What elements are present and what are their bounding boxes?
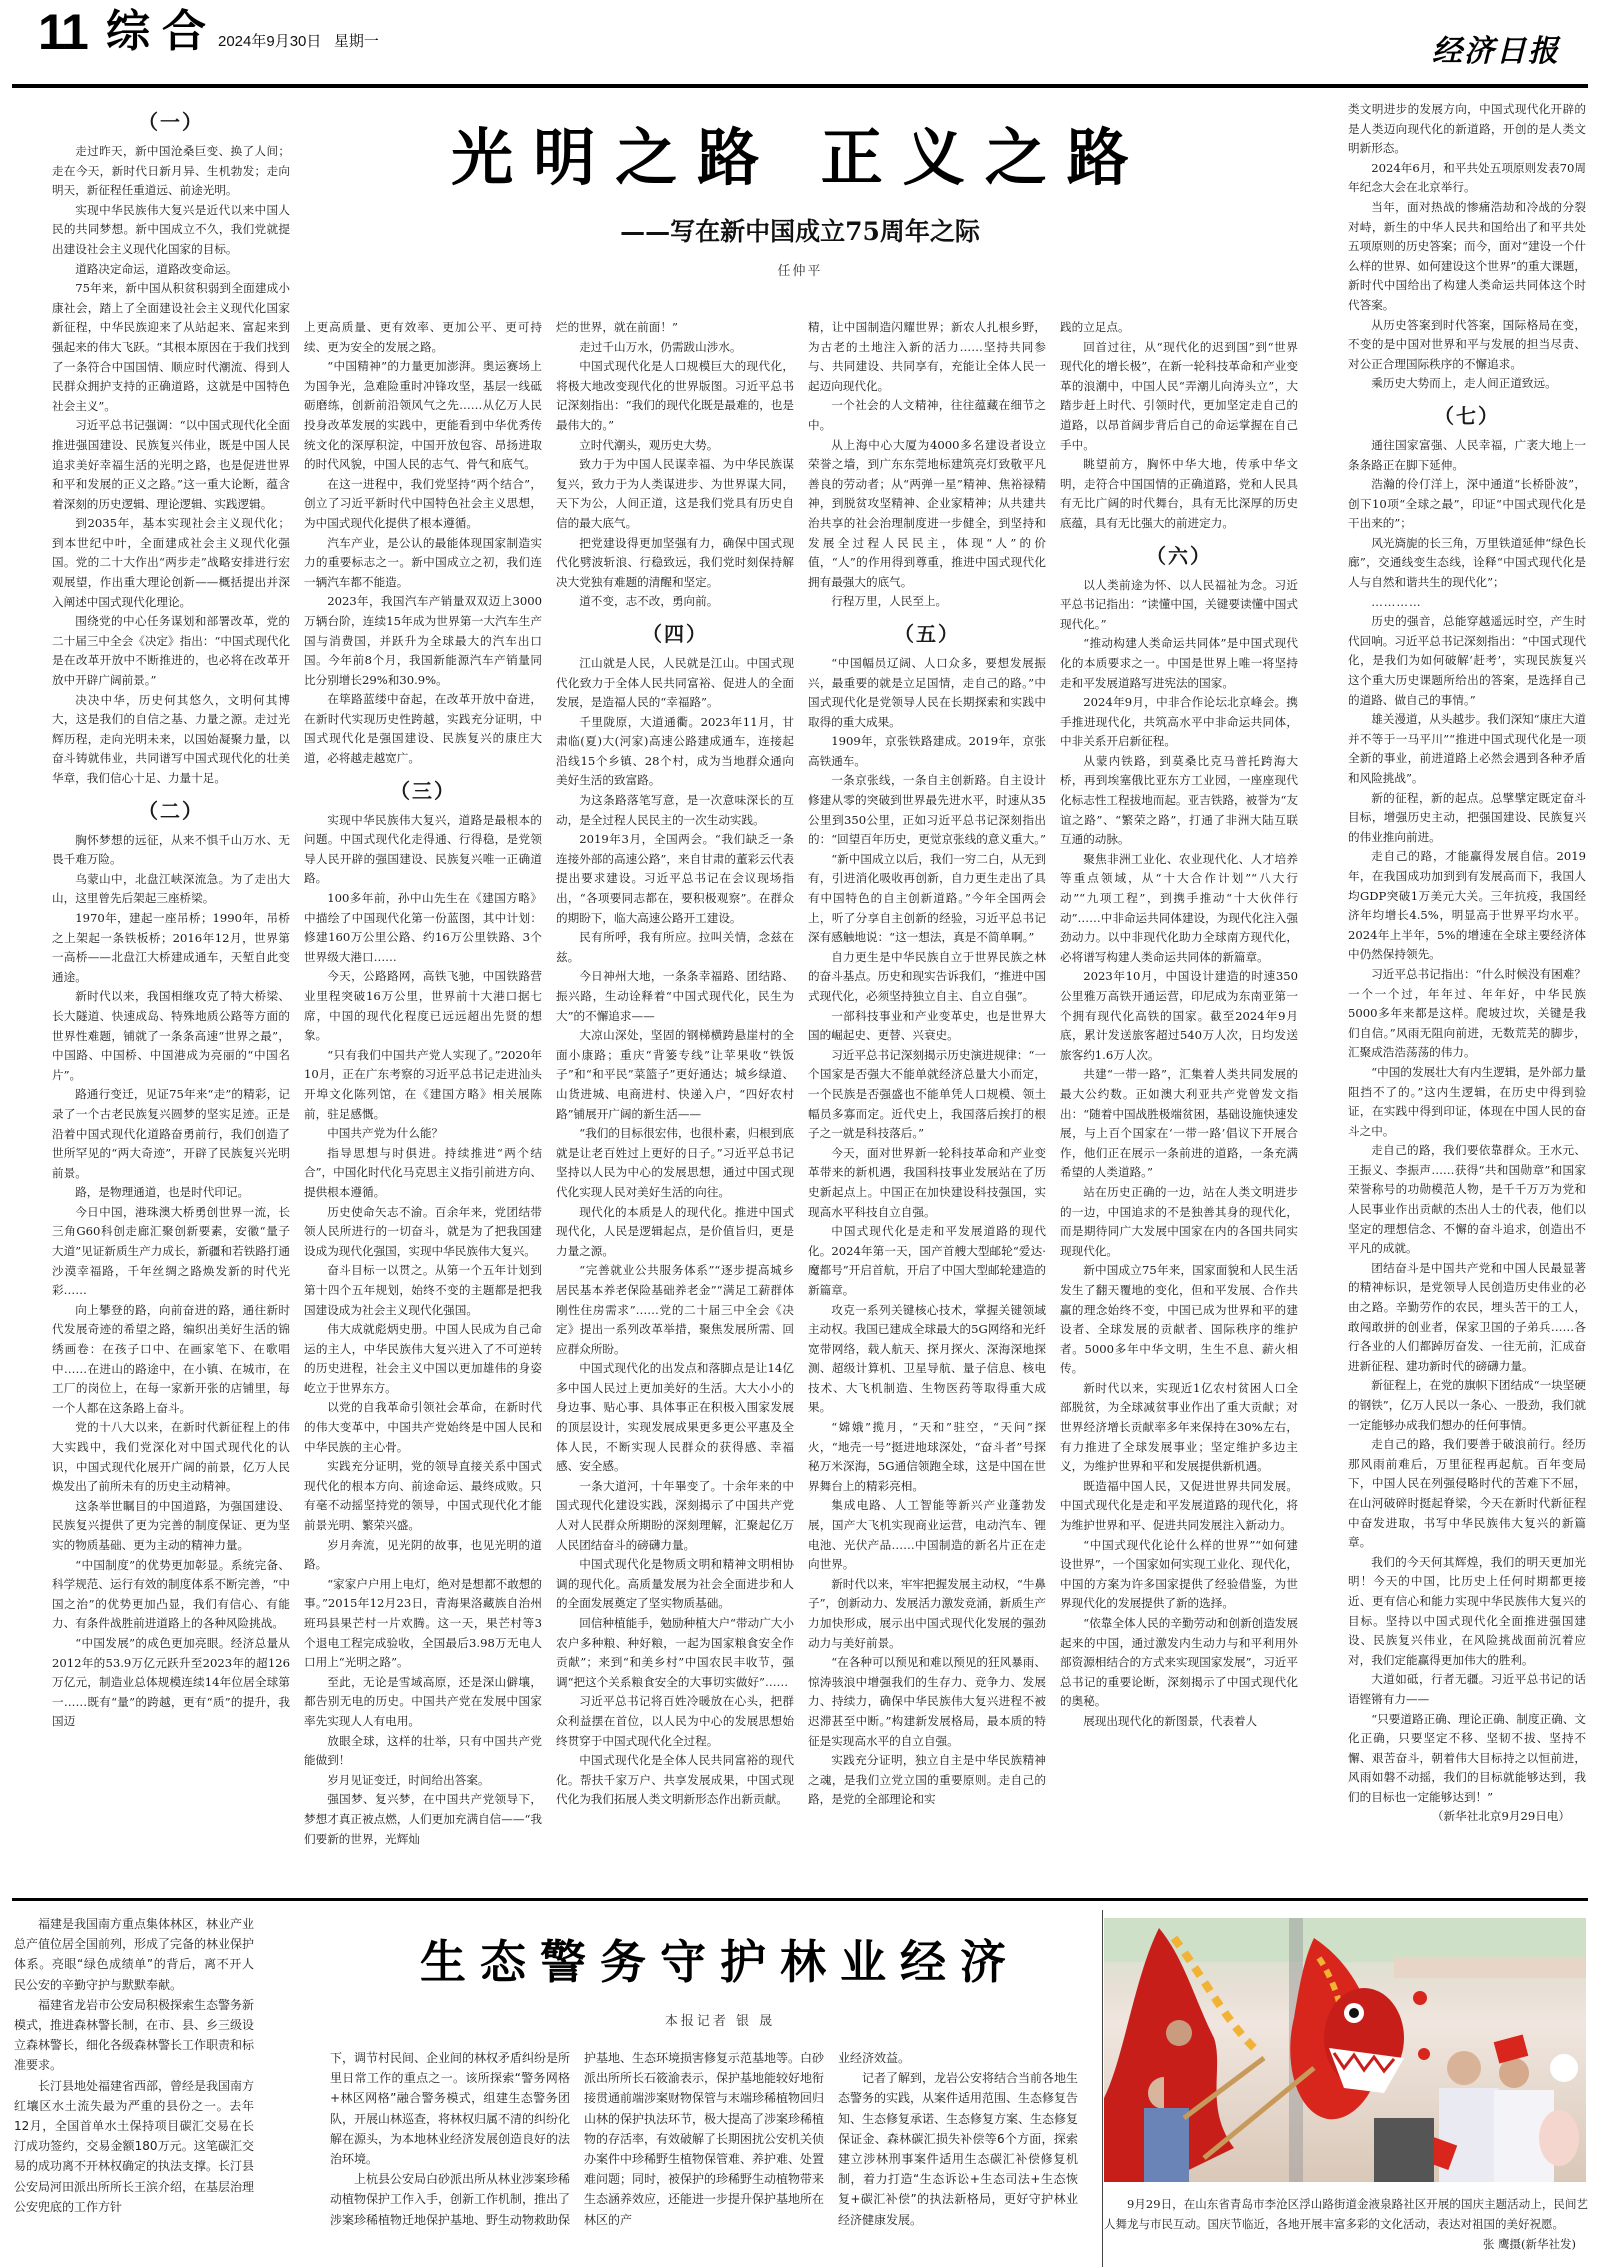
section-divider <box>12 1898 1588 1901</box>
paragraph: 2023年，我国汽车产销量双双迈上3000万辆台阶，连续15年成为世界第一大汽车… <box>304 592 542 690</box>
paragraph: 党的十八大以来，在新时代新征程上的伟大实践中，我们党深化对中国式现代化的认识，中… <box>52 1418 290 1496</box>
paragraph: 今日中国，港珠澳大桥勇创世界一流，长三角G60科创走廊汇聚创新要素，安徽“量子大… <box>52 1203 290 1301</box>
paragraph: 大道如砥，行者无疆。习近平总书记的话语铿锵有力—— <box>1348 1670 1586 1709</box>
paragraph: “中国幅员辽阔、人口众多，要想发展振兴，最重要的就是立足国情，走自己的路。”中国… <box>808 654 1046 732</box>
paragraph: 回首过往，从“现代化的迟到国”到“世界现代化的增长极”，在新一轮科技革命和产业变… <box>1060 338 1298 456</box>
paragraph: “推动构建人类命运共同体”是中国式现代化的本质要求之一。中国是世界上唯一将坚持走… <box>1060 634 1298 693</box>
paragraph: 决决中华，历史何其悠久，文明何其博大，这是我们的自信之基、力量之源。走过光辉历程… <box>52 691 290 789</box>
section-name: 综合 <box>106 6 218 58</box>
paragraph: 浩瀚的伶仃洋上，深中通道“长桥卧波”，创下10项“全球之最”，印证“中国式现代化… <box>1348 475 1586 534</box>
paragraph: “中国的发展壮大有内生逻辑，是外部力量阻挡不了的。”这内生逻辑，在历史中得到验证… <box>1348 1063 1586 1141</box>
paragraph: 新时代以来，我国相继攻克了特大桥梁、长大隧道、快速成岛、特殊地质公路等方面的世界… <box>52 987 290 1085</box>
paragraph: 走自己的路，才能赢得发展自信。2019年，在我国成功加到到有发展高而下，我国人均… <box>1348 847 1586 965</box>
section-marker: （六） <box>1060 540 1298 572</box>
forestry-byline: 本报记者 银 晟 <box>335 2010 1105 2029</box>
forestry-article-column-2: 下，调节村民间、企业间的林权矛盾纠纷是所里日常工作的重点之一。该所探索“警务网格… <box>330 2048 570 2267</box>
dragon-dance-illustration <box>1104 1918 1586 2182</box>
paragraph-continued: 类文明进步的发展方向，中国式现代化开辟的是人类迈向现代化的新道路，开创的是人类文… <box>1348 100 1586 159</box>
paragraph: 一个社会的人文精神，往往蕴藏在细节之中。 <box>808 396 1046 435</box>
paragraph: 道路决定命运，道路改变命运。 <box>52 260 290 280</box>
paragraph: 回信种植能手，勉励种植大户“带动广大小农户多种粮、种好粮，一起为国家粮食安全作贡… <box>556 1614 794 1692</box>
paragraph: 既造福中国人民，又促进世界共同发展。中国式现代化是走和平发展道路的现代化，将为维… <box>1060 1477 1298 1536</box>
paragraph: 1970年，建起一座吊桥；1990年，吊桥之上架起一条铁板桥；2016年12月，… <box>52 909 290 987</box>
article-column-6: 类文明进步的发展方向，中国式现代化开辟的是人类迈向现代化的新道路，开创的是人类文… <box>1348 100 1586 1890</box>
paragraph: 自力更生是中华民族自立于世界民族之林的奋斗基点。历史和现实告诉我们，“推进中国式… <box>808 948 1046 1007</box>
paragraph: 集成电路、人工智能等新兴产业蓬勃发展，国产大飞机实现商业运营，电动汽车、锂电池、… <box>808 1496 1046 1574</box>
paragraph: 聚焦非洲工业化、农业现代化、人才培养等重点领域，从“十大合作计划”“八大行动”“… <box>1060 850 1298 968</box>
paragraph: 走过昨天，新中国沧桑巨变、换了人间；走在今天，新时代日新月异、生机勃发；走向明天… <box>52 142 290 201</box>
forestry-article-column-1: 福建是我国南方重点集体林区，林业产业总产值位居全国前列，形成了完备的林业保护体系… <box>14 1914 254 2267</box>
paragraph: 习近平总书记指出：“什么时候没有困难？一个一个过，年年过、年年好，中华民族500… <box>1348 965 1586 1063</box>
paragraph: 展现出现代化的新图景，代表着人 <box>1060 1712 1298 1732</box>
paragraph: 攻克一系列关键核心技术，掌握关键领域主动权。我国已建成全球最大的5G网络和光纤宽… <box>808 1301 1046 1419</box>
article-column-5: 践的立足点。回首过往，从“现代化的迟到国”到“世界现代化的增长极”，在新一轮科技… <box>1060 318 1298 1890</box>
paragraph: 历史使命矢志不渝。百余年来，党团结带领人民所进行的一切奋斗，就是为了把我国建设成… <box>304 1203 542 1262</box>
paragraph-continued: 烂的世界，就在前面！” <box>556 318 794 338</box>
paragraph: 路通行变迁，见证75年来“走”的精彩，记录了一个古老民族复兴圆梦的坚实足迹。正是… <box>52 1085 290 1183</box>
paragraph: 1909年，京张铁路建成。2019年，京张高铁通车。 <box>808 732 1046 771</box>
paragraph: 强国梦、复兴梦，在中国共产党领导下，梦想才真正被点燃，人们更加充满自信——“我们… <box>304 1790 542 1849</box>
paragraph: 立时代潮头，观历史大势。 <box>556 436 794 456</box>
paragraph: 上杭县公安局白砂派出所从林业涉案珍稀动植物保护工作入手，创新工作机制，推出了涉案… <box>330 2169 570 2230</box>
section-marker: （三） <box>304 775 542 807</box>
photo-credit: 张 鹰摄(新华社发) <box>1483 2234 1588 2254</box>
newspaper-logo: 经济日报 <box>1432 26 1560 70</box>
paragraph: 到2035年，基本实现社会主义现代化；到本世纪中叶，全面建成社会主义现代化强国。… <box>52 514 290 612</box>
paragraph: “中国式现代化论什么样的世界”“如何建设世界”，一个国家如何实现工业化、现代化，… <box>1060 1536 1298 1614</box>
paragraph: 习近平总书记强调：“以中国式现代化全面推进强国建设、民族复兴伟业，既是中国人民追… <box>52 416 290 514</box>
paragraph: 以党的自我革命引领社会革命，在新时代的伟大变革中，中国共产党始终是中国人民和中华… <box>304 1398 542 1457</box>
paragraph: 100多年前，孙中山先生在《建国方略》中描绘了中国现代化第一份蓝图，其中计划：修… <box>304 889 542 967</box>
page-number: 11 <box>38 6 87 58</box>
paragraph: 今日神州大地，一条条幸福路、团结路、振兴路，生动诠释着“中国式现代化，民生为大”… <box>556 967 794 1026</box>
paragraph: 胸怀梦想的远征，从来不惧千山万水、无畏千难万险。 <box>52 831 290 870</box>
paragraph: 通往国家富强、人民幸福，广袤大地上一条条路正在脚下延伸。 <box>1348 436 1586 475</box>
forestry-article-column-4: 业经济效益。记者了解到，龙岩公安将结合当前各地生态警务的实践，从案件适用范围、生… <box>838 2048 1078 2267</box>
paragraph: 实现中华民族伟大复兴是近代以来中国人民的共同梦想。新中国成立不久，我们党就提出建… <box>52 201 290 260</box>
paragraph: 今天，面对世界新一轮科技革命和产业变革带来的新机遇，我国科技事业发展站在了历史新… <box>808 1144 1046 1222</box>
paragraph-continued: 精，让中国制造闪耀世界；新农人扎根乡野，为古老的土地注入新的活力……坚持共同参与… <box>808 318 1046 396</box>
main-headline: 光明之路 正义之路 <box>300 118 1300 198</box>
paragraph: 2024年6月，和平共处五项原则发表70周年纪念大会在北京举行。 <box>1348 159 1586 198</box>
paragraph: 道不变，志不改，勇向前。 <box>556 592 794 612</box>
paragraph: “嫦娥”揽月，“天和”驻空，“天问”探火，“地壳一号”挺进地球深处，“奋斗者”号… <box>808 1418 1046 1496</box>
paragraph: 指导思想与时俱进。持续推进“两个结合”，中国化时代化马克思主义指引前进方向、提供… <box>304 1144 542 1203</box>
paragraph: 围绕党的中心任务谋划和部署改革，党的二十届三中全会《决定》指出：“中国式现代化是… <box>52 612 290 690</box>
paragraph: 民有所呼，我有所应。拉叫关情，念兹在兹。 <box>556 928 794 967</box>
date-text: 2024年9月30日 <box>218 33 321 50</box>
paragraph: 新时代以来，牢牢把握发展主动权，“牛鼻子”，创新动力、发展活力激发竞涌，新质生产… <box>808 1575 1046 1653</box>
issue-date: 2024年9月30日 星期一 <box>218 30 379 51</box>
paragraph: 福建是我国南方重点集体林区，林业产业总产值位居全国前列，形成了完备的林业保护体系… <box>14 1914 254 1995</box>
paragraph: 团结奋斗是中国共产党和中国人民最显著的精神标识，是党领导人民创造历史伟业的必由之… <box>1348 1259 1586 1377</box>
paragraph-continued: 下，调节村民间、企业间的林权矛盾纠纷是所里日常工作的重点之一。该所探索“警务网格… <box>330 2048 570 2169</box>
dateline-source: （新华社北京9月29日电） <box>1348 1807 1586 1827</box>
paragraph-continued: 护基地、生态环境损害修复示范基地等。白砂派出所所长石筱渝表示，保护基地能较好地衔… <box>584 2048 824 2230</box>
section-marker: （二） <box>52 795 290 827</box>
paragraph: 江山就是人民，人民就是江山。中国式现代化致力于全体人民共同富裕、促进人的全面发展… <box>556 654 794 713</box>
section-marker: （五） <box>808 618 1046 650</box>
paragraph: 记者了解到，龙岩公安将结合当前各地生态警务的实践，从案件适用范围、生态修复告知、… <box>838 2068 1078 2230</box>
paragraph: 一部科技事业和产业变革史，也是世界大国的崛起史、更替、兴衰史。 <box>808 1007 1046 1046</box>
paragraph: “中国精神”的力量更加澎湃。奥运赛场上为国争光，急难险重时冲锋攻坚，基层一线砥砺… <box>304 357 542 475</box>
column-divider <box>1102 1910 1103 2267</box>
paragraph: 乘历史大势而上，走人间正道致远。 <box>1348 374 1586 394</box>
paragraph: 把党建设得更加坚强有力，确保中国式现代化劈波斩浪、行稳致远，我们党时刻保持解决大… <box>556 534 794 593</box>
paragraph: “家家户户用上电灯，绝对是想都不敢想的事。”2015年12月23日，青海果洛藏族… <box>304 1575 542 1673</box>
paragraph: 风光旖旎的长三角，万里铁道延伸“绿色长廊”，交通线变生态线，诠释“中国式现代化是… <box>1348 534 1586 593</box>
paragraph: 以人类前途为怀、以人民福祉为念。习近平总书记指出：“读懂中国，关键要读懂中国式现… <box>1060 576 1298 635</box>
forestry-article-column-3: 护基地、生态环境损害修复示范基地等。白砂派出所所长石筱渝表示，保护基地能较好地衔… <box>584 2048 824 2267</box>
paragraph: 共建“一带一路”，汇集着人类共同发展的最大公约数。正如澳大利亚共产党曾发文指出：… <box>1060 1065 1298 1183</box>
paragraph: 一条大道河，十年畢变了。十余年来的中国式现代化建设实践，深刻揭示了中国共产党人对… <box>556 1477 794 1555</box>
paragraph: “我们的目标很宏伟，也很朴素，归根到底就是让老百姓过上更好的日子。”习近平总书记… <box>556 1124 794 1202</box>
paragraph: 新中国成立75年来，国家面貌和人民生活发生了翻天覆地的变化，但和平发展、合作共赢… <box>1060 1261 1298 1379</box>
paragraph: 实践充分证明，独立自主是中华民族精神之魂，是我们立党立国的重要原则。走自己的路，… <box>808 1751 1046 1810</box>
paragraph: 汽车产业，是公认的最能体现国家制造实力的重要标志之一。新中国成立之初，我们连一辆… <box>304 534 542 593</box>
paragraph: “完善就业公共服务体系”“逐步提高城乡居民基本养老保险基础养老金”“满足工薪群体… <box>556 1261 794 1359</box>
paragraph: 中国式现代化的出发点和落脚点是让14亿多中国人民过上更加美好的生活。大大小小的身… <box>556 1359 794 1477</box>
weekday-text: 星期一 <box>334 33 379 50</box>
paragraph: 从上海中心大厦为4000多名建设者设立荣誉之墙，到广东东莞地标建筑亮灯致敬平凡善… <box>808 436 1046 593</box>
article-column-1: （一）走过昨天，新中国沧桑巨变、换了人间；走在今天，新时代日新月异、生机勃发；走… <box>52 100 290 1890</box>
paragraph: 大凉山深处，坚固的钢梯横跨悬崖村的全面小康路；重庆“背篓专线”让苹果收“铁饭子”… <box>556 1026 794 1124</box>
paragraph: 从蒙内铁路，到莫桑比克马普托跨海大桥，再到埃塞俄比亚东方工业园，一座座现代化标志… <box>1060 752 1298 850</box>
paragraph: 今天，公路路网，高铁飞驰，中国铁路营业里程突破16万公里，世界前十大港口据七席，… <box>304 967 542 1045</box>
paragraph: 新时代以来，实现近1亿农村贫困人口全部脱贫，为全球减贫事业作出了重大贡献；对世界… <box>1060 1379 1298 1477</box>
paragraph: 新的征程，新的起点。总擘擘定既定奋斗目标，增强历史主动，把强国建设、民族复兴的伟… <box>1348 789 1586 848</box>
article-column-2: 上更高质量、更有效率、更加公平、更可持续、更为安全的发展之路。“中国精神”的力量… <box>304 318 542 1890</box>
paragraph: “中国制度”的优势更加彰显。系统完备、科学规范、运行有效的制度体系不断完善，“中… <box>52 1556 290 1634</box>
paragraph: 在这一进程中，我们党坚持“两个结合”，创立了习近平新时代中国特色社会主义思想，为… <box>304 475 542 534</box>
paragraph: 走自己的路，我们要依靠群众。王水元、王振义、李振声……获得“共和国勋章”和国家荣… <box>1348 1141 1586 1259</box>
paragraph: 实践充分证明，党的领导直接关系中国式现代化的根本方向、前途命运、最终成败。只有毫… <box>304 1457 542 1535</box>
paragraph: 习近平总书记将百姓冷暖放在心头，把群众利益摆在首位，以人民为中心的发展思想始终贯… <box>556 1692 794 1751</box>
paragraph: 放眼全球，这样的壮举，只有中国共产党能做到！ <box>304 1732 542 1771</box>
paragraph: 中国式现代化是物质文明和精神文明相协调的现代化。高质量发展为社会全面进步和人的全… <box>556 1555 794 1614</box>
paragraph: 75年来，新中国从积贫积弱到全面建成小康社会，踏上了全面建设社会主义现代化国家新… <box>52 279 290 416</box>
section-marker: （七） <box>1348 400 1586 432</box>
section-marker: （四） <box>556 618 794 650</box>
paragraph: 致力于为中国人民谋幸福、为中华民族谋复兴，致力于为人类谋进步、为世界谋大同，天下… <box>556 455 794 533</box>
paragraph: 长汀县地处福建省西部，曾经是我国南方红壤区水土流失最为严重的县份之一。去年12月… <box>14 2076 254 2217</box>
paragraph: 中国式现代化是走和平发展道路的现代化。2024年第一天，国产首艘大型邮轮“爱达·… <box>808 1222 1046 1300</box>
photo-caption: 9月29日，在山东省青岛市李沧区浮山路街道金液泉路社区开展的国庆主题活动上，民间… <box>1104 2194 1588 2254</box>
paragraph: 走自己的路，我们要善于破浪前行。经历那风雨前难后，万里征程再起航。百年变局下，中… <box>1348 1435 1586 1553</box>
dragon-dance-photo <box>1104 1918 1586 2182</box>
main-subheadline: ——写在新中国成立75周年之际 <box>300 212 1300 248</box>
paragraph: 向上攀登的路，向前奋进的路，通往新时代发展奇迹的希望之路，编织出美好生活的锦绣画… <box>52 1301 290 1419</box>
paragraph: 岁月奔流，见光阴的故事，也见光明的道路。 <box>304 1536 542 1575</box>
paragraph: 为这条路落笔写意，是一次意味深长的互动，是全过程人民民主的一次生动实践。 <box>556 791 794 830</box>
paragraph: 历史的强音，总能穿越遥远时空，产生时代回响。习近平总书记深刻指出：“中国式现代化… <box>1348 612 1586 710</box>
paragraph: 我们的今天何其辉煌，我们的明天更加光明！今天的中国，比历史上任何时期都更接近、更… <box>1348 1553 1586 1671</box>
paragraph-continued: 上更高质量、更有效率、更加公平、更可持续、更为安全的发展之路。 <box>304 318 542 357</box>
paragraph: 中国式现代化是人口规模巨大的现代化，将极大地改变现代化的世界版图。习近平总书记深… <box>556 357 794 435</box>
paragraph-continued: 业经济效益。 <box>838 2048 1078 2068</box>
paragraph: 站在历史正确的一边，站在人类文明进步的一边，中国追求的不是独善其身的现代化，而是… <box>1060 1183 1298 1261</box>
paragraph: 现代化的本质是人的现代化。推进中国式现代化，人民是逻辑起点，是价值旨归，更是力量… <box>556 1203 794 1262</box>
paragraph: “只要道路正确、理论正确、制度正确、文化正确，只要坚定不移、坚韧不拔、坚持不懈、… <box>1348 1710 1586 1808</box>
masthead-rule <box>12 84 1588 88</box>
paragraph: 习近平总书记深刻揭示历史演进规律：“一个国家是否强大不能单就经济总量大小而定，一… <box>808 1046 1046 1144</box>
paragraph: 走过千山万水，仍需跋山涉水。 <box>556 338 794 358</box>
paragraph: 从历史答案到时代答案，国际格局在变，不变的是中国对世界和平与发展的担当尽责、对公… <box>1348 316 1586 375</box>
paragraph-continued: 践的立足点。 <box>1060 318 1298 338</box>
paragraph: “依靠全体人民的辛勤劳动和创新创造发展起来的中国，通过激发内生动力与和平利用外部… <box>1060 1614 1298 1712</box>
paragraph: 岁月见证变迁，时间给出答案。 <box>304 1771 542 1791</box>
masthead: 11 综合 2024年9月30日 星期一 经济日报 <box>10 0 1590 52</box>
paragraph: 眺望前方，胸怀中华大地，传承中华文明，走符合中国国情的正确道路，党和人民具有无比… <box>1060 455 1298 533</box>
paragraph: 在筚路蓝缕中奋起，在改革开放中奋进，在新时代实现历史性跨越，实践充分证明，中国式… <box>304 690 542 768</box>
paragraph: 中国共产党为什么能？ <box>304 1124 542 1144</box>
paragraph: 奋斗目标一以贯之。从第一个五年计划到第十四个五年规划，始终不变的主题都是把我国建… <box>304 1261 542 1320</box>
article-column-4: 精，让中国制造闪耀世界；新农人扎根乡野，为古老的土地注入新的活力……坚持共同参与… <box>808 318 1046 1890</box>
section-marker: （一） <box>52 106 290 138</box>
paragraph: “新中国成立以后，我们一穷二白，从无到有，引进消化吸收再创新，自力更生走出了具有… <box>808 850 1046 948</box>
forestry-headline: 生态警务守护林业经济 <box>335 1932 1105 1992</box>
main-byline: 任仲平 <box>300 260 1300 279</box>
paragraph: 当年，面对热战的惨痛浩劫和冷战的分裂对峙，新生的中华人民共和国给出了和平共处五项… <box>1348 198 1586 316</box>
paragraph: 2019年3月，全国两会。“我们缺乏一条连接外部的高速公路”，来自甘肃的董彩云代… <box>556 830 794 928</box>
paragraph: 实现中华民族伟大复兴，道路是最根本的问题。中国式现代化走得通、行得稳，是党领导人… <box>304 811 542 889</box>
paragraph: 至此，无论是雪域高原，还是深山僻壤，都告别无电的历史。中国共产党在发展中国家率先… <box>304 1673 542 1732</box>
paragraph: 千里陇原，大道通衢。2023年11月，甘肃临(夏)大(河家)高速公路建成通车，连… <box>556 713 794 791</box>
paragraph: 路，是物理通道，也是时代印记。 <box>52 1183 290 1203</box>
paragraph: 2024年9月，中非合作论坛北京峰会。携手推进现代化，共筑高水平中非命运共同体，… <box>1060 693 1298 752</box>
paragraph: “中国发展”的成色更加亮眼。经济总量从2012年的53.9万亿元跃升至2023年… <box>52 1634 290 1732</box>
paragraph: 这条举世瞩目的中国道路，为强国建设、民族复兴提供了更为完善的制度保证、更为坚实的… <box>52 1497 290 1556</box>
paragraph: 乌蒙山中，北盘江峡深流急。为了走出大山，这里曾先后架起三座桥梁。 <box>52 870 290 909</box>
paragraph: 新征程上，在党的旗帜下团结成“一块坚硬的钢铁”，亿万人民以一条心、一股劲，我们就… <box>1348 1376 1586 1435</box>
paragraph: “在各种可以预见和难以预见的狂风暴雨、惊涛骇浪中增强我们的生存力、竞争力、发展力… <box>808 1653 1046 1751</box>
caption-text: 9月29日，在山东省青岛市李沧区浮山路街道金液泉路社区开展的国庆主题活动上，民间… <box>1104 2194 1588 2234</box>
paragraph: 伟大成就彪炳史册。中国人民成为自己命运的主人，中华民族伟大复兴进入了不可逆转的历… <box>304 1320 542 1398</box>
paragraph: 中国式现代化是全体人民共同富裕的现代化。帮扶千家万户、共享发展成果，中国式现代化… <box>556 1751 794 1810</box>
paragraph: 雄关漫道，从头越步。我们深知“康庄大道并不等于一马平川”“推进中国式现代化是一项… <box>1348 710 1586 788</box>
paragraph: 行程万里，人民至上。 <box>808 592 1046 612</box>
paragraph: “只有我们中国共产党人实现了。”2020年10月，正在广东考察的习近平总书记走进… <box>304 1046 542 1124</box>
paragraph: 2023年10月，中国设计建造的时速350公里雅万高铁开通运营，印尼成为东南亚第… <box>1060 967 1298 1065</box>
paragraph: 福建省龙岩市公安局积极探索生态警务新模式，推进森林警长制，在市、县、乡三级设立森… <box>14 1995 254 2076</box>
paragraph: 一条京张线，一条自主创新路。自主设计修建从零的突破到世界最先进水平，时速从35公… <box>808 771 1046 849</box>
article-column-3: 烂的世界，就在前面！”走过千山万水，仍需跋山涉水。中国式现代化是人口规模巨大的现… <box>556 318 794 1890</box>
ellipsis-line: ………… <box>1348 593 1586 613</box>
